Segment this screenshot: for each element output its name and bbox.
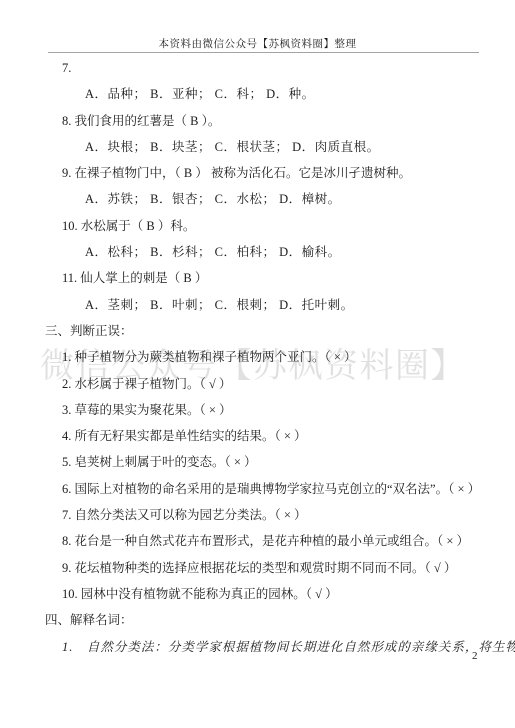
section-three-title: 三、判断正误：	[45, 318, 515, 344]
section-four-title: 四、解释名词：	[45, 607, 515, 633]
question-10: 10. 水松属于（ B ）科。	[62, 213, 515, 239]
judge-item-8: 8. 花台是一种自然式花卉布置形式，是花卉种植的最小单元或组合。（ × ）	[62, 528, 515, 554]
question-7: 7.	[62, 55, 515, 81]
document-page: 本资料由微信公众号【苏枫资料圈】整理 微信公众号【苏枫资料圈】 7. A．品种；…	[0, 0, 515, 728]
page-header-text: 本资料由微信公众号【苏枫资料圈】整理	[0, 36, 515, 51]
question-11-options: A．茎刺； B．叶刺； C．根刺； D．托叶刺。	[85, 292, 515, 318]
judge-item-10: 10. 园林中没有植物就不能称为真正的园林。（ √ ）	[62, 581, 515, 607]
define-item-1: 1. 自然分类法：分类学家根据植物间长期进化自然形成的亲缘关系，将生物	[62, 634, 515, 660]
judge-item-9: 9. 花坛植物种类的选择应根据花坛的类型和观赏时期不同而不同。（ √ ）	[62, 555, 515, 581]
page-number: 2	[472, 650, 478, 662]
judge-item-6: 6. 国际上对植物的命名采用的是瑞典博物学家拉马克创立的“双名法”。（ × ）	[62, 476, 515, 502]
question-11: 11. 仙人掌上的刺是（ B ）	[62, 265, 515, 291]
judge-item-1: 1. 种子植物分为蕨类植物和裸子植物两个亚门。（ × ）	[62, 344, 515, 370]
question-10-options: A．松科； B．杉科； C．柏科； D．榆科。	[85, 239, 515, 265]
document-content: 7. A．品种； B．亚种； C．科； D．种。 8. 我们食用的红薯是（ B …	[0, 55, 515, 660]
judge-item-3: 3. 草莓的果实为聚花果。（ × ）	[62, 397, 515, 423]
header-divider	[48, 52, 479, 53]
question-9: 9. 在裸子植物门中，（ B ） 被称为活化石。它是冰川孑遗树种。	[62, 160, 515, 186]
question-7-options: A．品种； B．亚种； C．科； D．种。	[85, 81, 515, 107]
judge-item-7: 7. 自然分类法又可以称为园艺分类法。（ × ）	[62, 502, 515, 528]
judge-item-5: 5. 皂荚树上刺属于叶的变态。（ × ）	[62, 449, 515, 475]
judge-item-4: 4. 所有无籽果实都是单性结实的结果。（ × ）	[62, 423, 515, 449]
question-8-options: A．块根； B．块茎； C．根状茎； D．肉质直根。	[85, 134, 515, 160]
question-8: 8. 我们食用的红薯是（ B ）。	[62, 108, 515, 134]
judge-item-2: 2. 水杉属于裸子植物门。（ √ ）	[62, 371, 515, 397]
question-9-options: A．苏铁； B．银杏； C．水松； D．樟树。	[85, 186, 515, 212]
